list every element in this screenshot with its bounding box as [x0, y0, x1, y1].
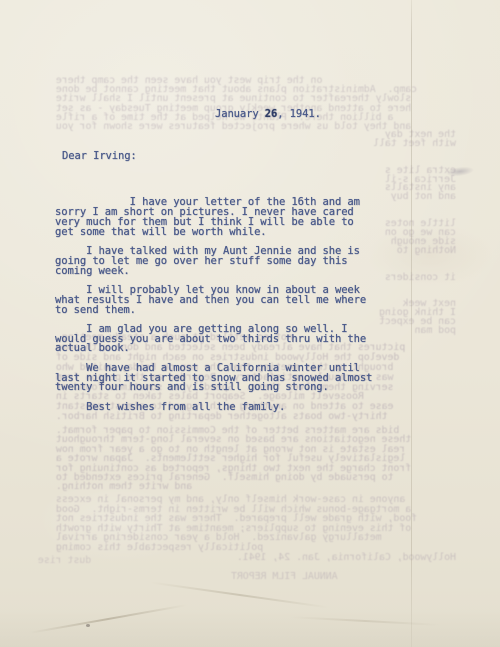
bleedthrough-text: bids are matters better of the Commissio… [56, 426, 456, 492]
letter-date: January 26, 1941. [215, 110, 479, 120]
salutation: Dear Irving: [62, 152, 479, 162]
bleedthrough-text: ANNUAL FILM REPORT [56, 572, 456, 582]
paragraph: I will probably let you know in about a … [55, 286, 479, 315]
date-day-overstruck: 26 [265, 108, 277, 120]
paragraph: We have had almost a California winter u… [55, 364, 479, 393]
paragraph: I am glad you are getting along so well.… [55, 325, 479, 354]
paragraph: I have talked with my Aunt Jennie and sh… [55, 247, 479, 276]
date-year: , 1941. [277, 108, 321, 120]
paragraph: Best wishes from all the family. [55, 403, 479, 413]
crease-line [151, 581, 330, 608]
date-month: January [215, 108, 265, 120]
bleedthrough-text: anyone in case-work himself only, and my… [56, 495, 456, 552]
scan-edge-shadow [0, 607, 500, 647]
paper: on the trip west you have seen the camp … [0, 0, 500, 647]
bleedthrough-text: Hollywood, California, Jan. 24, 1941. [56, 553, 456, 563]
bleedthrough-text: dust rise [38, 556, 108, 566]
paragraph: I have your letter of the 16th and am so… [55, 198, 479, 237]
letter-body: I have your letter of the 16th and am so… [55, 198, 479, 412]
letter-content: January 26, 1941. Dear Irving: I have yo… [55, 90, 479, 432]
